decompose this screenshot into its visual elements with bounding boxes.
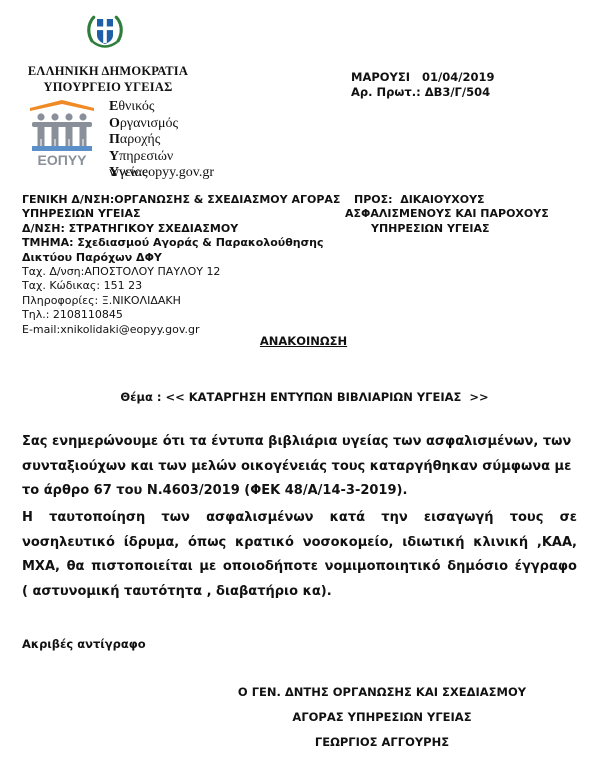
signature-department: ΑΓΟΡΑΣ ΥΠΗΡΕΣΙΩΝ ΥΓΕΙΑΣ xyxy=(82,710,607,724)
acronym-line: Υπηρεσιών xyxy=(109,149,178,166)
svg-text:ΕΟΠΥΥ: ΕΟΠΥΥ xyxy=(37,152,87,168)
recipient-line: ΠΡΟΣ: ΔΙΚΑΙΟΥΧΟΥΣ xyxy=(354,193,549,207)
sender-block: ΓΕΝΙΚΗ Δ/ΝΣΗ:ΟΡΓΑΝΩΣΗΣ & ΣΧΕΔΙΑΣΜΟΥ ΑΓΟΡ… xyxy=(22,193,352,337)
sender-line: ΤΜΗΜΑ: Σχεδιασμού Αγοράς & Παρακολούθηση… xyxy=(22,236,352,250)
document-title: ΑΝΑΚΟΙΝΩΣΗ xyxy=(0,334,607,348)
sender-address: Ταχ. Δ/νση:ΑΠΟΣΤΟΛΟΥ ΠΑΥΛΟΥ 12 xyxy=(22,265,352,279)
eopyy-logo-icon: ΕΟΠΥΥ xyxy=(28,98,96,168)
paragraph-line: συνταξιούχων και των μελών οικογένειάς τ… xyxy=(22,455,577,480)
sender-line: Δικτύου Παρόχων ΔΦΥ xyxy=(22,251,352,265)
acronym-line: Παροχής xyxy=(109,132,178,149)
paragraph-line: το άρθρο 67 του Ν.4603/2019 (ΦΕΚ 48/Α/14… xyxy=(22,479,577,504)
website-url: www.eopyy.gov.gr xyxy=(109,165,214,181)
place-date: ΜΑΡΟΥΣΙ 01/04/2019 xyxy=(351,70,494,85)
paragraph-line: ( αστυνομική ταυτότητα , διαβατήριο κα). xyxy=(22,580,577,605)
ministry-name: ΥΠΟΥΡΓΕΙΟ ΥΓΕΙΑΣ xyxy=(18,79,198,95)
paragraph-line: Η ταυτοποίηση των ασφαλισμένων κατά την … xyxy=(22,506,577,531)
government-name: ΕΛΛΗΝΙΚΗ ΔΗΜΟΚΡΑΤΙΑ xyxy=(18,63,198,79)
signatory-name: ΓΕΩΡΓΙΟΣ ΑΓΓΟΥΡΗΣ xyxy=(82,735,607,749)
recipient-line: ΥΠΗΡΕΣΙΩΝ ΥΓΕΙΑΣ xyxy=(371,222,549,236)
paragraph-line: Σας ενημερώνουμε ότι τα έντυπα βιβλιάρια… xyxy=(22,430,577,455)
paragraph-line: ΜΧΑ, θα πιστοποιείται με οποιοδήποτε νομ… xyxy=(22,555,577,580)
body-paragraph-1: Σας ενημερώνουμε ότι τα έντυπα βιβλιάρια… xyxy=(22,430,577,504)
acronym-line: Εθνικός xyxy=(109,99,178,116)
signature-title: Ο ΓΕΝ. ΔΝΤΗΣ ΟΡΓΑΝΩΣΗΣ ΚΑΙ ΣΧΕΔΙΑΣΜΟΥ xyxy=(82,685,607,699)
protocol-number: Αρ. Πρωτ.: ΔΒ3/Γ/504 xyxy=(351,85,490,100)
acronym-line: Οργανισμός xyxy=(109,116,178,133)
sender-line: ΓΕΝΙΚΗ Δ/ΝΣΗ:ΟΡΓΑΝΩΣΗΣ & ΣΧΕΔΙΑΣΜΟΥ ΑΓΟΡ… xyxy=(22,193,352,207)
recipient-line: ΑΣΦΑΛΙΣΜΕΝΟΥΣ ΚΑΙ ΠΑΡΟΧΟΥΣ xyxy=(345,207,549,221)
sender-line: ΥΠΗΡΕΣΙΩΝ ΥΓΕΙΑΣ xyxy=(22,207,352,221)
document-subject: Θέμα : << ΚΑΤΑΡΓΗΣΗ ΕΝΤΥΠΩΝ ΒΙΒΛΙΑΡΙΩΝ Υ… xyxy=(0,390,607,404)
recipient-block: ΠΡΟΣ: ΔΙΚΑΙΟΥΧΟΥΣ ΑΣΦΑΛΙΣΜΕΝΟΥΣ ΚΑΙ ΠΑΡΟ… xyxy=(354,193,549,236)
body-paragraph-2: Η ταυτοποίηση των ασφαλισμένων κατά την … xyxy=(22,506,577,604)
greek-coat-of-arms-icon xyxy=(84,11,126,53)
sender-phone: Τηλ.: 2108110845 xyxy=(22,308,352,322)
paragraph-line: νοσηλευτικό ίδρυμα, όπως κρατικό νοσοκομ… xyxy=(22,531,577,556)
true-copy-note: Ακριβές αντίγραφο xyxy=(22,637,146,651)
sender-line: Δ/ΝΣΗ: ΣΤΡΑΤΗΓΙΚΟΥ ΣΧΕΔΙΑΣΜΟΥ xyxy=(22,222,352,236)
sender-info: Πληροφορίες: Ξ.ΝΙΚΟΛΙΔΑΚΗ xyxy=(22,294,352,308)
sender-postal-code: Ταχ. Κώδικας: 151 23 xyxy=(22,279,352,293)
